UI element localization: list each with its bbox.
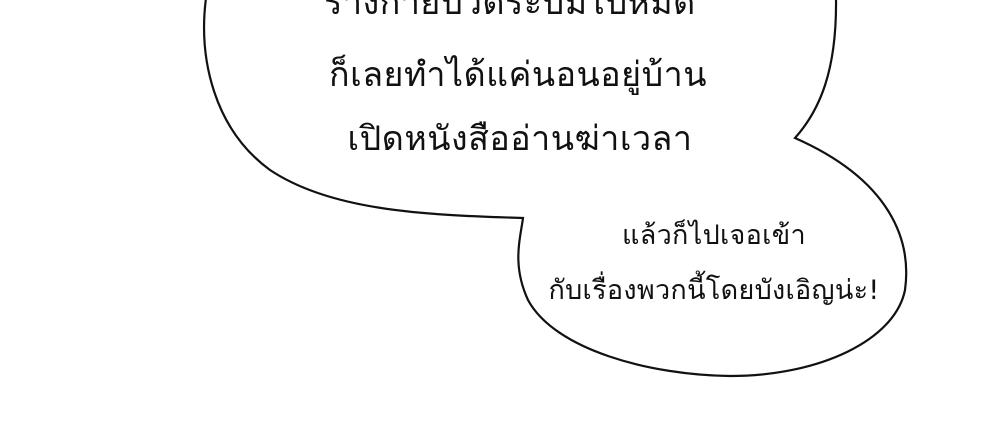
bubble-text-line-2: ก็เลยทำได้แค่นอนอยู่บ้าน <box>18 58 1000 92</box>
bubble-text-line-3: เปิดหนังสืออ่านฆ่าเวลา <box>20 122 1000 156</box>
bubble-text-line-5: กับเรื่องพวกนี้โดยบังเอิญน่ะ! <box>214 277 1000 304</box>
bubble-text-line-1: ร่างกายปวดระบมไปหมด <box>10 0 1000 20</box>
comic-panel: ร่างกายปวดระบมไปหมด ก็เลยทำได้แค่นอนอยู่… <box>0 0 1000 431</box>
bubble-text-line-4: แล้วก็ไปเจอเข้า <box>214 222 1000 249</box>
